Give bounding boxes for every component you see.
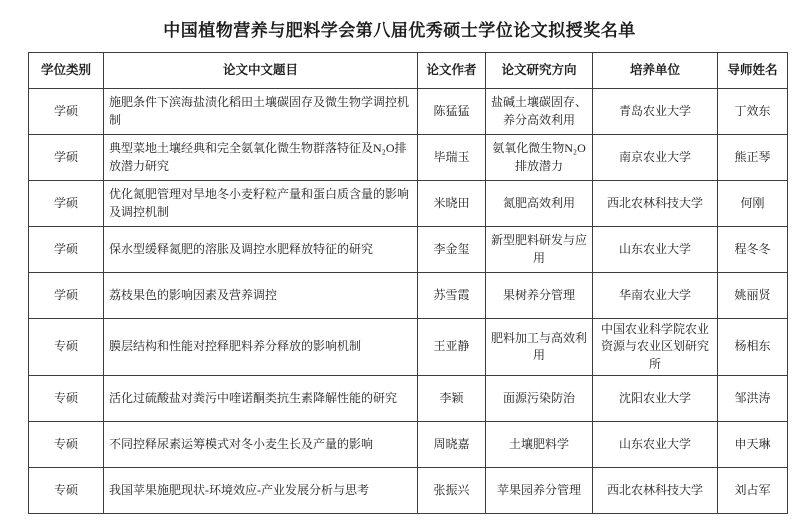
research-direction-cell: 盐碱土壤碳固存、养分高效利用: [486, 89, 593, 135]
supervisor-cell: 熊正琴: [718, 135, 788, 181]
research-direction-cell: 苹果园养分管理: [486, 468, 593, 514]
table-row: 学硕 施肥条件下滨海盐渍化稻田土壤碳固存及微生物学调控机制 陈猛猛 盐碱土壤碳固…: [29, 89, 788, 135]
research-direction-cell: 面源污染防治: [486, 376, 593, 422]
table-row: 专硕 不同控释尿素运筹模式对冬小麦生长及产量的影响 周晓嘉 土壤肥料学 山东农业…: [29, 422, 788, 468]
degree-type-cell: 学硕: [29, 89, 104, 135]
supervisor-cell: 刘占军: [718, 468, 788, 514]
supervisor-cell: 丁效东: [718, 89, 788, 135]
thesis-title-cell: 荔枝果色的影响因素及营养调控: [104, 273, 418, 319]
author-cell: 李颖: [418, 376, 486, 422]
supervisor-cell: 申天琳: [718, 422, 788, 468]
degree-type-cell: 学硕: [29, 135, 104, 181]
table-row: 学硕 荔枝果色的影响因素及营养调控 苏雪霞 果树养分管理 华南农业大学 姚丽贤: [29, 273, 788, 319]
author-cell: 周晓嘉: [418, 422, 486, 468]
supervisor-cell: 杨相东: [718, 319, 788, 376]
author-cell: 毕瑞玉: [418, 135, 486, 181]
research-direction-cell: 果树养分管理: [486, 273, 593, 319]
thesis-title-cell: 保水型缓释氮肥的溶胀及调控水肥释放特征的研究: [104, 227, 418, 273]
degree-type-cell: 专硕: [29, 376, 104, 422]
degree-type-cell: 专硕: [29, 468, 104, 514]
degree-type-cell: 专硕: [29, 319, 104, 376]
table-row: 学硕 典型菜地土壤经典和完全氨氧化微生物群落特征及N₂O排放潜力研究 毕瑞玉 氨…: [29, 135, 788, 181]
degree-type-cell: 专硕: [29, 422, 104, 468]
thesis-title-cell: 活化过硫酸盐对粪污中喹诺酮类抗生素降解性能的研究: [104, 376, 418, 422]
award-list-table: 学位类别 论文中文题目 论文作者 论文研究方向 培养单位 导师姓名 学硕 施肥条…: [28, 52, 788, 514]
research-direction-cell: 新型肥料研发与应用: [486, 227, 593, 273]
author-cell: 张振兴: [418, 468, 486, 514]
supervisor-cell: 姚丽贤: [718, 273, 788, 319]
author-cell: 苏雪霞: [418, 273, 486, 319]
institution-cell: 山东农业大学: [593, 227, 718, 273]
research-direction-cell: 氮肥高效利用: [486, 181, 593, 227]
column-header-thesis-title: 论文中文题目: [104, 53, 418, 89]
institution-cell: 山东农业大学: [593, 422, 718, 468]
thesis-title-cell: 施肥条件下滨海盐渍化稻田土壤碳固存及微生物学调控机制: [104, 89, 418, 135]
institution-cell: 南京农业大学: [593, 135, 718, 181]
author-cell: 李金玺: [418, 227, 486, 273]
column-header-supervisor: 导师姓名: [718, 53, 788, 89]
thesis-title-cell: 优化氮肥管理对旱地冬小麦籽粒产量和蛋白质含量的影响及调控机制: [104, 181, 418, 227]
column-header-research-direction: 论文研究方向: [486, 53, 593, 89]
author-cell: 陈猛猛: [418, 89, 486, 135]
column-header-author: 论文作者: [418, 53, 486, 89]
degree-type-cell: 学硕: [29, 273, 104, 319]
author-cell: 王亚静: [418, 319, 486, 376]
institution-cell: 华南农业大学: [593, 273, 718, 319]
column-header-degree-type: 学位类别: [29, 53, 104, 89]
author-cell: 米晓田: [418, 181, 486, 227]
institution-cell: 中国农业科学院农业资源与农业区划研究所: [593, 319, 718, 376]
institution-cell: 西北农林科技大学: [593, 181, 718, 227]
table-row: 专硕 我国苹果施肥现状-环境效应-产业发展分析与思考 张振兴 苹果园养分管理 西…: [29, 468, 788, 514]
table-header-row: 学位类别 论文中文题目 论文作者 论文研究方向 培养单位 导师姓名: [29, 53, 788, 89]
table-row: 专硕 膜层结构和性能对控释肥料养分释放的影响机制 王亚静 肥料加工与高效利用 中…: [29, 319, 788, 376]
column-header-institution: 培养单位: [593, 53, 718, 89]
degree-type-cell: 学硕: [29, 227, 104, 273]
table-row: 学硕 优化氮肥管理对旱地冬小麦籽粒产量和蛋白质含量的影响及调控机制 米晓田 氮肥…: [29, 181, 788, 227]
degree-type-cell: 学硕: [29, 181, 104, 227]
supervisor-cell: 何刚: [718, 181, 788, 227]
page-title: 中国植物营养与肥料学会第八届优秀硕士学位论文拟授奖名单: [0, 0, 799, 41]
thesis-title-cell: 我国苹果施肥现状-环境效应-产业发展分析与思考: [104, 468, 418, 514]
thesis-title-cell: 膜层结构和性能对控释肥料养分释放的影响机制: [104, 319, 418, 376]
thesis-title-cell: 不同控释尿素运筹模式对冬小麦生长及产量的影响: [104, 422, 418, 468]
table-row: 专硕 活化过硫酸盐对粪污中喹诺酮类抗生素降解性能的研究 李颖 面源污染防治 沈阳…: [29, 376, 788, 422]
institution-cell: 青岛农业大学: [593, 89, 718, 135]
table-row: 学硕 保水型缓释氮肥的溶胀及调控水肥释放特征的研究 李金玺 新型肥料研发与应用 …: [29, 227, 788, 273]
research-direction-cell: 氨氧化微生物N₂O排放潜力: [486, 135, 593, 181]
supervisor-cell: 程冬冬: [718, 227, 788, 273]
supervisor-cell: 邹洪涛: [718, 376, 788, 422]
research-direction-cell: 肥料加工与高效利用: [486, 319, 593, 376]
institution-cell: 西北农林科技大学: [593, 468, 718, 514]
thesis-title-cell: 典型菜地土壤经典和完全氨氧化微生物群落特征及N₂O排放潜力研究: [104, 135, 418, 181]
research-direction-cell: 土壤肥料学: [486, 422, 593, 468]
institution-cell: 沈阳农业大学: [593, 376, 718, 422]
